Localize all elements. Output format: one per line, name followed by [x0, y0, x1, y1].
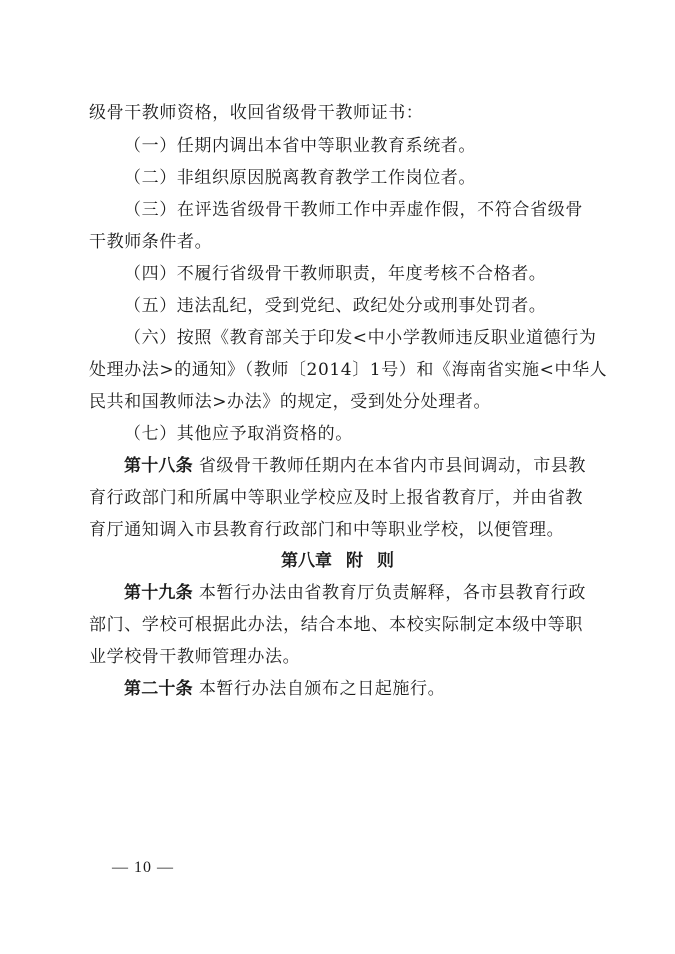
list-item-6: （六）按照《教育部关于印发<中小学教师违反职业道德行为 [124, 328, 583, 348]
article-20-text: 本暂行办法自颁布之日起施行。 [199, 679, 445, 699]
article-19-text: 本暂行办法由省教育厅负责解释，各市县教育行政 [199, 583, 586, 603]
article-19-label: 第十九条 [124, 583, 193, 603]
list-item-3-cont: 干教师条件者。 [89, 232, 583, 252]
article-18: 第十八条 省级骨干教师任期内在本省内市县间调动，市县教 [124, 456, 583, 476]
list-item-4: （四）不履行省级骨干教师职责，年度考核不合格者。 [124, 264, 583, 284]
chapter-number: 第八章 [281, 551, 332, 571]
article-18-text: 省级骨干教师任期内在本省内市县间调动，市县教 [199, 456, 586, 476]
article-20: 第二十条 本暂行办法自颁布之日起施行。 [124, 679, 583, 699]
list-item-3: （三）在评选省级骨干教师工作中弄虚作假，不符合省级骨 [124, 200, 583, 220]
chapter-title-2: 则 [377, 551, 394, 571]
list-item-1: （一）任期内调出本省中等职业教育系统者。 [124, 136, 583, 156]
document-page: 级骨干教师资格，收回省级骨干教师证书： （一）任期内调出本省中等职业教育系统者。… [0, 0, 675, 954]
article-18-label: 第十八条 [124, 456, 193, 476]
article-18-cont: 育行政部门和所属中等职业学校应及时上报省教育厅，并由省教 [89, 488, 583, 508]
page-number: — 10 — [112, 858, 174, 878]
list-item-7: （七）其他应予取消资格的。 [124, 424, 583, 444]
article-19-cont: 部门、学校可根据此办法，结合本地、本校实际制定本级中等职 [89, 615, 583, 635]
chapter-title-1: 附 [346, 551, 363, 571]
article-19-cont2: 业学校骨干教师管理办法。 [89, 647, 583, 667]
list-item-5: （五）违法乱纪，受到党纪、政纪处分或刑事处罚者。 [124, 296, 583, 316]
article-20-label: 第二十条 [124, 679, 193, 699]
text-line: 级骨干教师资格，收回省级骨干教师证书： [89, 103, 583, 123]
list-item-6-cont: 处理办法>的通知》（教师〔2014〕1号）和《海南省实施<中华人 [89, 360, 583, 380]
chapter-heading: 第八章附则 [0, 551, 675, 571]
list-item-6-cont2: 民共和国教师法>办法》的规定，受到处分处理者。 [89, 392, 583, 412]
article-19: 第十九条 本暂行办法由省教育厅负责解释，各市县教育行政 [124, 583, 583, 603]
article-18-cont2: 育厅通知调入市县教育行政部门和中等职业学校，以便管理。 [89, 520, 583, 540]
list-item-2: （二）非组织原因脱离教育教学工作岗位者。 [124, 168, 583, 188]
